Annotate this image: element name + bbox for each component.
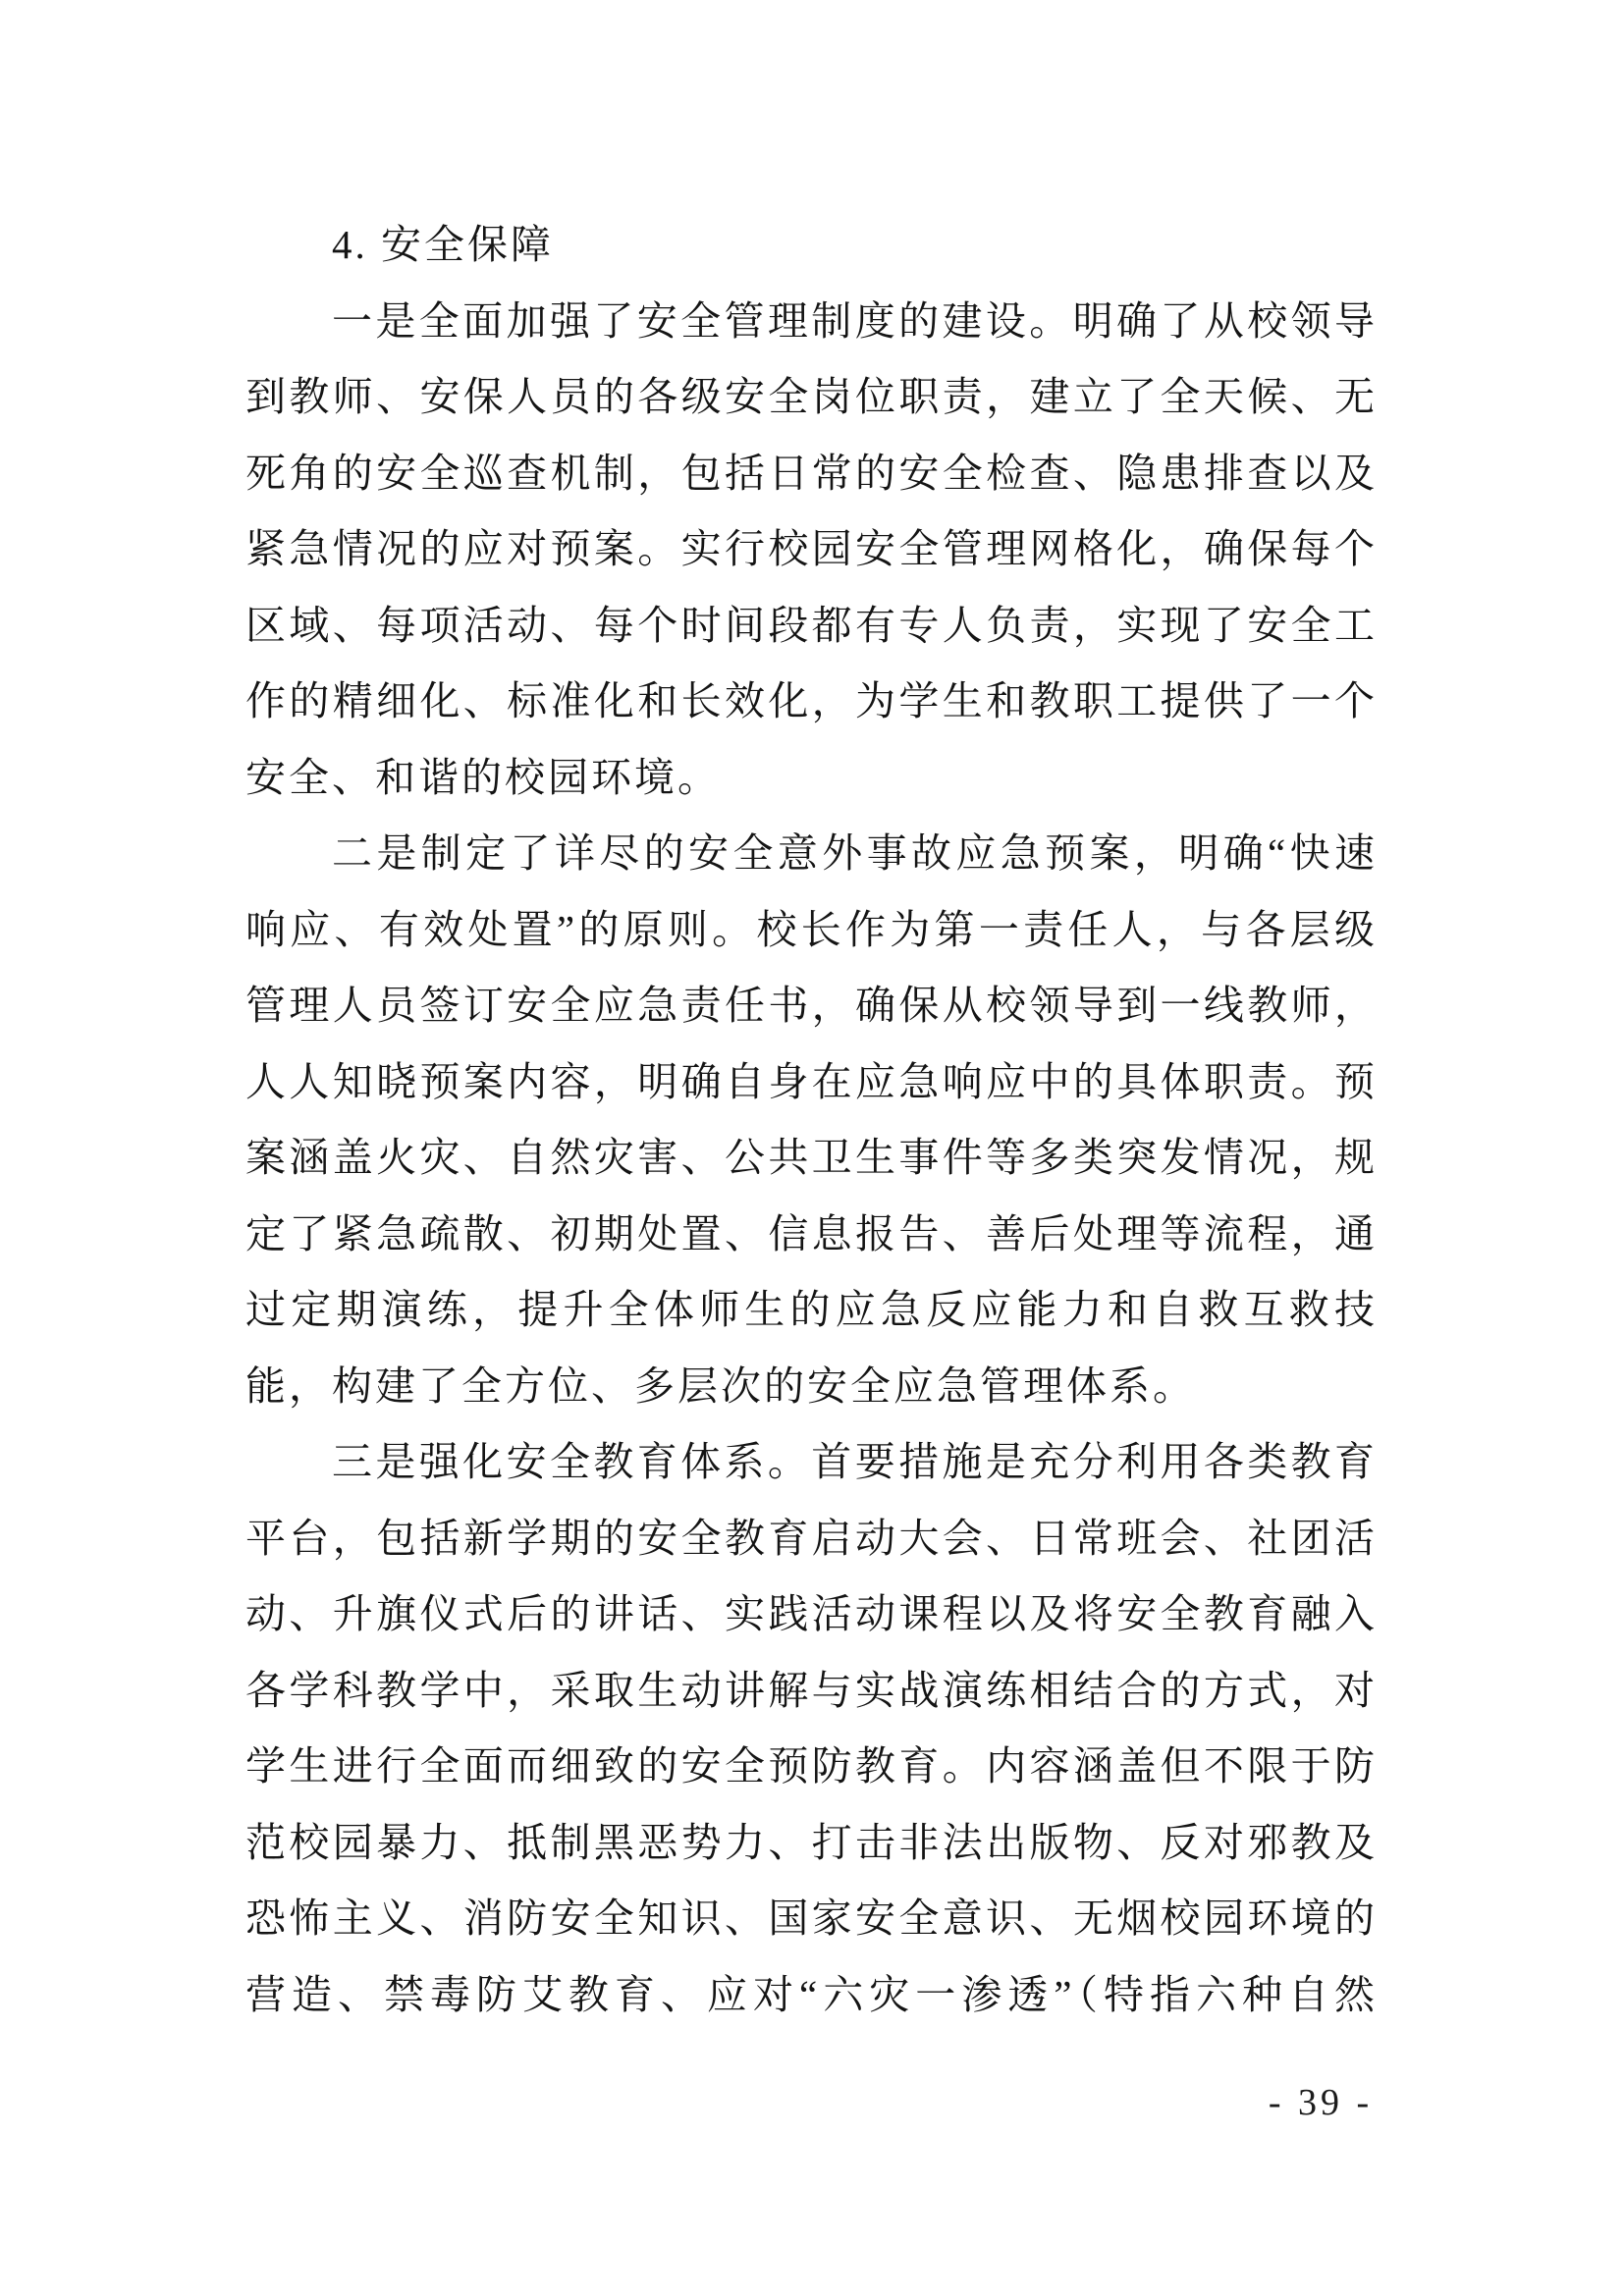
text-line: 人人知晓预案内容，明确自身在应急响应中的具体职责。预 (245, 1044, 1375, 1121)
text-line: 定了紧急疏散、初期处置、信息报告、善后处理等流程，通 (245, 1197, 1375, 1273)
text-line: 学生进行全面而细致的安全预防教育。内容涵盖但不限于防 (245, 1729, 1375, 1805)
text-line: 安全、和谐的校园环境。 (245, 740, 1375, 817)
text-line: 响应、有效处置”的原则。校长作为第一责任人，与各层级 (245, 892, 1375, 969)
section-heading: 4. 安全保障 (245, 207, 1375, 284)
text-line: 三是强化安全教育体系。首要措施是充分利用各类教育 (245, 1424, 1375, 1501)
text-line: 平台，包括新学期的安全教育启动大会、日常班会、社团活 (245, 1501, 1375, 1577)
text-line: 营造、禁毒防艾教育、应对“六灾一渗透”（特指六种自然 (245, 1957, 1375, 2034)
body-text-block: 4. 安全保障一是全面加强了安全管理制度的建设。明确了从校领导到教师、安保人员的… (245, 207, 1375, 2033)
text-line: 区域、每项活动、每个时间段都有专人负责，实现了安全工 (245, 588, 1375, 665)
text-line: 二是制定了详尽的安全意外事故应急预案，明确“快速 (245, 816, 1375, 892)
text-line: 一是全面加强了安全管理制度的建设。明确了从校领导 (245, 284, 1375, 360)
text-line: 管理人员签订安全应急责任书，确保从校领导到一线教师， (245, 968, 1375, 1044)
text-line: 各学科教学中，采取生动讲解与实战演练相结合的方式，对 (245, 1653, 1375, 1730)
text-line: 到教师、安保人员的各级安全岗位职责，建立了全天候、无 (245, 359, 1375, 436)
document-page: 4. 安全保障一是全面加强了安全管理制度的建设。明确了从校领导到教师、安保人员的… (0, 0, 1624, 2296)
text-line: 过定期演练，提升全体师生的应急反应能力和自救互救技 (245, 1272, 1375, 1349)
text-line: 作的精细化、标准化和长效化，为学生和教职工提供了一个 (245, 664, 1375, 740)
text-line: 死角的安全巡查机制，包括日常的安全检查、隐患排查以及 (245, 436, 1375, 512)
page-number: - 39 - (1247, 2073, 1394, 2132)
text-line: 案涵盖火灾、自然灾害、公共卫生事件等多类突发情况，规 (245, 1120, 1375, 1197)
text-line: 恐怖主义、消防安全知识、国家安全意识、无烟校园环境的 (245, 1881, 1375, 1957)
text-line: 动、升旗仪式后的讲话、实践活动课程以及将安全教育融入 (245, 1576, 1375, 1653)
text-line: 范校园暴力、抵制黑恶势力、打击非法出版物、反对邪教及 (245, 1805, 1375, 1882)
text-line: 能，构建了全方位、多层次的安全应急管理体系。 (245, 1349, 1375, 1425)
text-line: 紧急情况的应对预案。实行校园安全管理网格化，确保每个 (245, 511, 1375, 588)
